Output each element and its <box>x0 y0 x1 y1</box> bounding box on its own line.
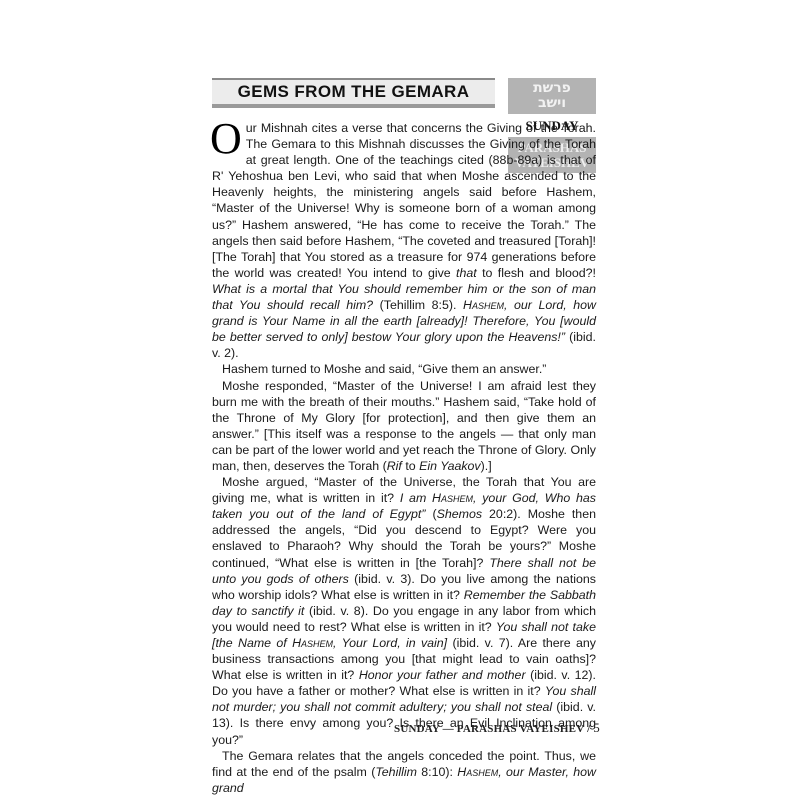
hebrew-parasha-box: פרשת וישב <box>508 78 596 114</box>
italic-run: , Your Lord, in vain] <box>333 636 447 650</box>
italic-run: Rif <box>387 459 402 473</box>
smallcaps-run: Hashem <box>292 636 333 650</box>
paragraph-4: Moshe argued, “Master of the Universe, t… <box>212 474 596 748</box>
text-run: ( <box>425 507 436 521</box>
section-header-bar: GEMS FROM THE GEMARA <box>212 78 495 108</box>
paragraph-2: Hashem turned to Moshe and said, “Give t… <box>212 361 596 377</box>
smallcaps-run: Hashem <box>463 298 504 312</box>
text-run: to <box>402 459 419 473</box>
paragraph-1: Our Mishnah cites a verse that concerns … <box>212 120 596 361</box>
text-run: 8:10): <box>417 765 457 779</box>
hebrew-line-2: וישב <box>538 96 566 111</box>
running-footer: SUNDAY — PARASHAS VAYEISHEV / 5 <box>394 720 600 736</box>
italic-run: Ein Yaakov <box>419 459 481 473</box>
hebrew-line-1: פרשת <box>533 81 571 96</box>
italic-run: Honor your father and mother <box>359 668 526 682</box>
italic-run: that <box>456 266 477 280</box>
body-text: Our Mishnah cites a verse that concerns … <box>212 120 596 796</box>
paragraph-3: Moshe responded, “Master of the Universe… <box>212 378 596 475</box>
italic-run: Shemos <box>437 507 482 521</box>
italic-run: I am <box>400 491 432 505</box>
book-page: GEMS FROM THE GEMARA פרשת וישב SUNDAY PA… <box>0 0 800 800</box>
italic-run: Tehillim <box>375 765 417 779</box>
text-run: ur Mishnah cites a verse that concerns t… <box>212 121 596 280</box>
smallcaps-run: Hashem <box>432 491 473 505</box>
running-head: SUNDAY — PARASHAS VAYEISHEV / <box>394 723 593 735</box>
page-number: 5 <box>593 720 600 735</box>
paragraph-5: The Gemara relates that the angels conce… <box>212 748 596 796</box>
drop-cap: O <box>210 122 242 156</box>
section-title: GEMS FROM THE GEMARA <box>238 82 470 102</box>
smallcaps-run: Hashem <box>457 765 498 779</box>
text-run: ).] <box>481 459 492 473</box>
text-run: (Tehillim 8:5). <box>373 298 463 312</box>
text-run: to flesh and blood?! <box>477 266 596 280</box>
